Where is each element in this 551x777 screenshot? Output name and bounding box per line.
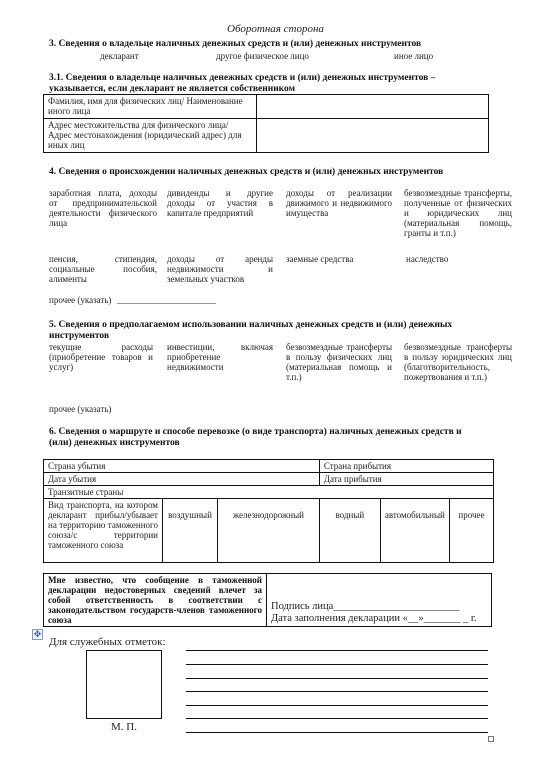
usage-transfers-individuals[interactable]: безвозмездные трансферты в пользу физиче… <box>286 342 392 382</box>
transport-air[interactable]: воздушный <box>163 499 218 563</box>
departure-date-field[interactable]: Дата убытия <box>44 473 320 486</box>
fill-date-field[interactable]: Дата заполнения декларации «__»_______ _… <box>271 613 487 625</box>
stamp-label: М. П. <box>86 722 162 732</box>
notes-line-5[interactable] <box>186 705 488 706</box>
signature-label: Подпись лица <box>271 601 333 612</box>
transport-road[interactable]: автомобильный <box>380 499 449 563</box>
section-31-title-line1: 3.1. Сведения о владельце наличных денеж… <box>49 73 529 83</box>
declaration-table: Мне известно, что сообщение в таможенной… <box>43 573 492 627</box>
owner-name-row: Фамилия, имя для физических лиц/ Наимено… <box>44 95 489 119</box>
signature-cell: Подпись лица________________________ Дат… <box>267 574 492 627</box>
transport-type-label: Вид транспорта, на котором декларант при… <box>44 499 163 563</box>
section-5-title-line1: 5. Сведения о предполагаемом использован… <box>49 320 529 330</box>
usage-current-expenses[interactable]: текущие расходы (приобретение товаров и … <box>49 342 153 372</box>
section-6-title-line1: 6. Сведения о маршруте и способе перевоз… <box>49 427 529 437</box>
usage-other-label[interactable]: прочее (указать) <box>49 404 111 414</box>
owner-name-label: Фамилия, имя для физических лиц/ Наимено… <box>44 95 257 119</box>
notes-line-7[interactable] <box>186 732 488 733</box>
owner-address-label: Адрес местожительства для физического ли… <box>44 119 257 153</box>
route-table: Страна убытия Страна прибытия Дата убыти… <box>43 459 494 563</box>
move-cross-icon[interactable]: ✥ <box>32 629 43 640</box>
origin-transfers[interactable]: безвозмездные трансферты, полученные от … <box>404 188 512 238</box>
section-5-title-line2: инструментов <box>49 331 109 341</box>
signature-row: Подпись лица________________________ <box>271 601 487 613</box>
notes-line-1[interactable] <box>186 650 488 651</box>
origin-other-field[interactable]: ______________________ <box>117 295 216 305</box>
origin-inheritance[interactable]: наследство <box>406 254 512 264</box>
option-declarant[interactable]: декларант <box>100 51 139 61</box>
transit-countries-field[interactable]: Транзитные страны <box>44 486 494 499</box>
owner-address-field[interactable] <box>257 119 489 153</box>
origin-property-sale[interactable]: доходы от реализации движимого и недвижи… <box>286 188 392 218</box>
section-31-title-line2: указывается, если декларант не является … <box>49 84 295 94</box>
notes-line-3[interactable] <box>186 678 488 679</box>
resize-square-icon[interactable] <box>488 736 494 742</box>
owner-table: Фамилия, имя для физических лиц/ Наимено… <box>43 94 489 153</box>
origin-pension[interactable]: пенсия, стипендия, социальные пособия, а… <box>49 254 157 284</box>
owner-address-row: Адрес местожительства для физического ли… <box>44 119 489 153</box>
transport-water[interactable]: водный <box>319 499 380 563</box>
arrival-country-field[interactable]: Страна прибытия <box>319 460 493 473</box>
declaration-statement: Мне известно, что сообщение в таможенной… <box>44 574 267 627</box>
section-3-title: 3. Сведения о владельце наличных денежны… <box>49 39 509 49</box>
usage-transfers-entities[interactable]: безвозмездные трансферты в пользу юридич… <box>404 342 512 382</box>
notes-line-4[interactable] <box>186 691 488 692</box>
origin-salary[interactable]: заработная плата, доходы от предпринимат… <box>49 188 157 228</box>
origin-loans[interactable]: заемные средства <box>286 254 392 264</box>
departure-country-field[interactable]: Страна убытия <box>44 460 320 473</box>
origin-rent[interactable]: доходы от аренды недвижимости и земельны… <box>167 254 273 284</box>
section-6-title-line2: (или) денежных инструментов <box>49 438 180 448</box>
signature-field[interactable]: ________________________ <box>333 601 459 612</box>
option-other-entity[interactable]: иное лицо <box>394 51 433 61</box>
page-title: Оборотная сторона <box>0 24 551 34</box>
origin-other-label: прочее (указать) <box>49 295 111 305</box>
section-4-title: 4. Сведения о происхождении наличных ден… <box>49 167 529 177</box>
transport-rail[interactable]: железнодорожный <box>218 499 320 563</box>
transport-other[interactable]: прочее <box>449 499 493 563</box>
official-marks-label: Для служебных отметок: <box>49 637 166 647</box>
stamp-box <box>86 650 162 719</box>
usage-investments[interactable]: инвестиции, включая приобретение недвижи… <box>167 342 273 372</box>
notes-line-6[interactable] <box>186 718 488 719</box>
origin-dividends[interactable]: дивиденды и другие доходы от участия в к… <box>167 188 273 218</box>
arrival-date-field[interactable]: Дата прибытия <box>319 473 493 486</box>
notes-line-2[interactable] <box>186 664 488 665</box>
option-other-person[interactable]: другое физическое лицо <box>216 51 309 61</box>
owner-name-field[interactable] <box>257 95 489 119</box>
